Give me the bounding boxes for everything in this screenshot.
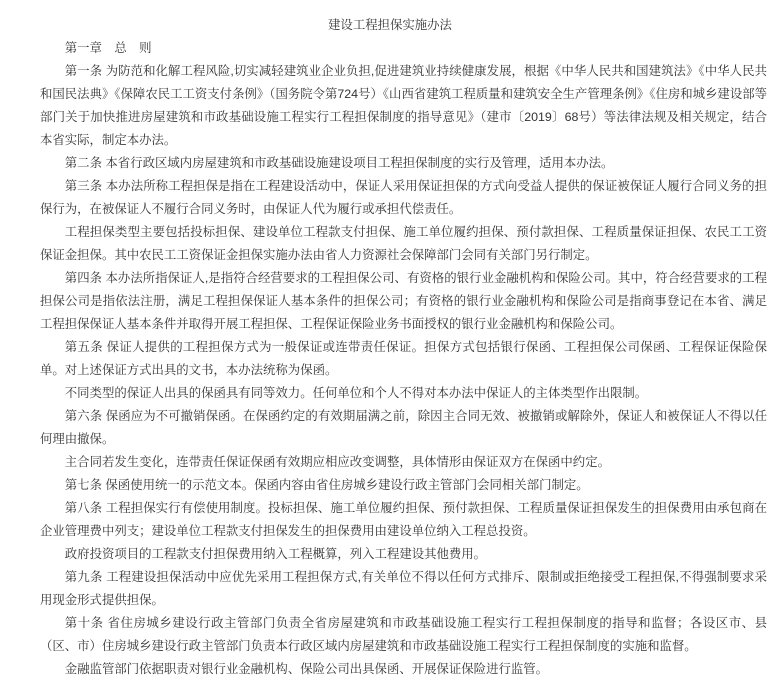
paragraph: 第一条 为防范和化解工程风险,切实减轻建筑业企业负担,促进建筑业持续健康发展，根… (40, 60, 767, 152)
paragraph: 政府投资项目的工程款支付担保费用纳入工程概算，列入工程建设其他费用。 (40, 543, 767, 566)
paragraph: 工程担保类型主要包括投标担保、建设单位工程款支付担保、施工单位履约担保、预付款担… (40, 221, 767, 267)
paragraph: 主合同若发生变化，连带责任保证保函有效期应相应改变调整，具体情形由保证双方在保函… (40, 451, 767, 474)
paragraph: 第六条 保函应为不可撤销保函。在保函约定的有效期届满之前，除因主合同无效、被撤销… (40, 405, 767, 451)
chapter-heading: 第一章 总 则 (40, 37, 767, 60)
document-title: 建设工程担保实施办法 (0, 14, 780, 37)
paragraph: 第二条 本省行政区域内房屋建筑和市政基础设施建设项目工程担保制度的实行及管理，适… (40, 152, 767, 175)
paragraph: 第七条 保函使用统一的示范文本。保函内容由省住房城乡建设行政主管部门会同相关部门… (40, 474, 767, 497)
paragraph: 金融监管部门依据职责对银行业金融机构、保险公司出具保函、开展保证保险进行监管。 (40, 658, 767, 681)
paragraph: 第十条 省住房城乡建设行政主管部门负责全省房屋建筑和市政基础设施工程实行工程担保… (40, 612, 767, 658)
paragraph: 第八条 工程担保实行有偿使用制度。投标担保、施工单位履约担保、预付款担保、工程质… (40, 497, 767, 543)
paragraph: 不同类型的保证人出具的保函具有同等效力。任何单位和个人不得对本办法中保证人的主体… (40, 382, 767, 405)
document-page: 建设工程担保实施办法 第一章 总 则 第一条 为防范和化解工程风险,切实减轻建筑… (0, 0, 780, 688)
paragraph: 第九条 工程建设担保活动中应优先采用工程担保方式,有关单位不得以任何方式排斥、限… (40, 566, 767, 612)
paragraph: 第四条 本办法所指保证人,是指符合经营要求的工程担保公司、有资格的银行业金融机构… (40, 267, 767, 336)
paragraph: 第五条 保证人提供的工程担保方式为一般保证或连带责任保证。担保方式包括银行保函、… (40, 336, 767, 382)
document-body: 第一条 为防范和化解工程风险,切实减轻建筑业企业负担,促进建筑业持续健康发展，根… (40, 60, 767, 681)
paragraph: 第三条 本办法所称工程担保是指在工程建设活动中，保证人采用保证担保的方式向受益人… (40, 175, 767, 221)
